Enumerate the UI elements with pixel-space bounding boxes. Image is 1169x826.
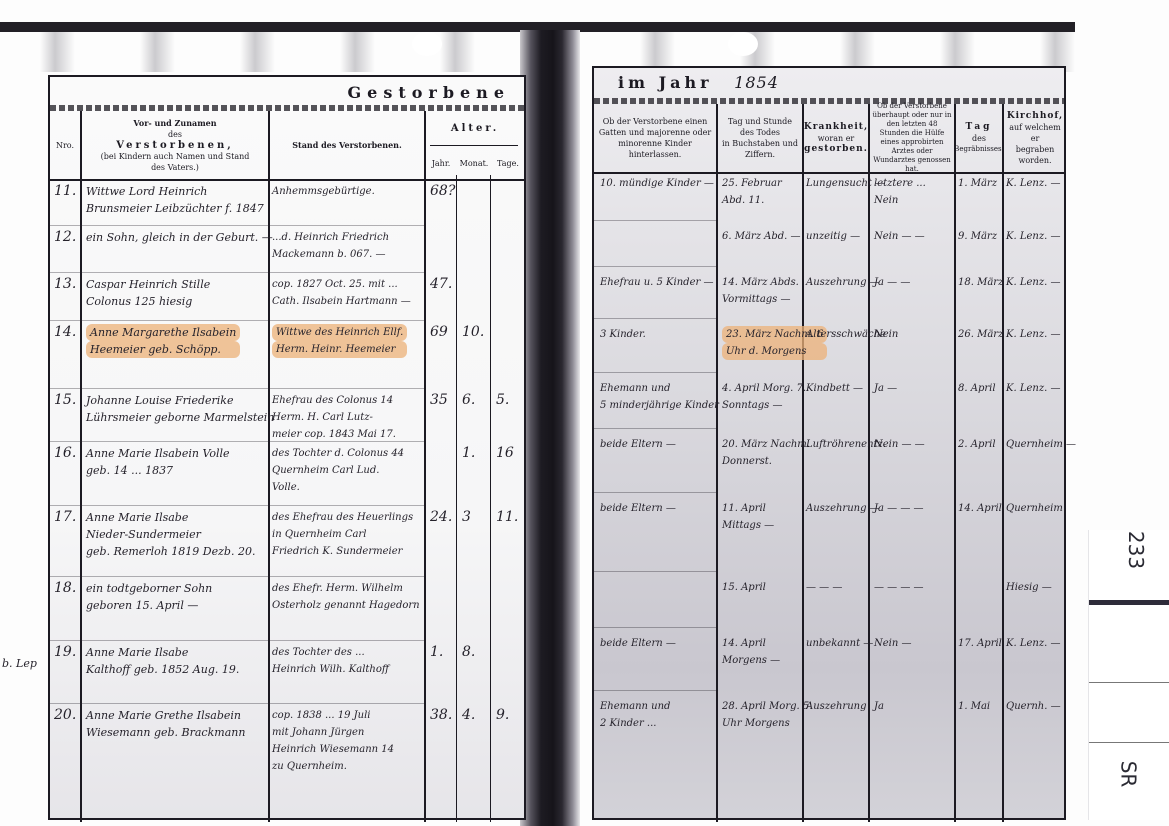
header-tag-stunde-l2: des Todes bbox=[740, 127, 780, 138]
survivors-line: Ehemann und bbox=[600, 698, 670, 715]
physician-attended: Nein — — bbox=[874, 228, 925, 245]
death-date-time-line: Uhr Morgens bbox=[722, 715, 809, 732]
entry-number: 16. bbox=[54, 445, 76, 462]
physician-attended-line: Nein — — bbox=[874, 228, 925, 245]
right-page-table: im Jahr 1854 Ob der Verstorbene einen Ga… bbox=[592, 66, 1066, 820]
archive-index-tab: 233 SR bbox=[1088, 530, 1169, 820]
deceased-status: cop. 1827 Oct. 25. mit ...Cath. Ilsabein… bbox=[272, 276, 411, 310]
survivors-line: 2 Kinder ... bbox=[600, 715, 670, 732]
burial-date: 17. April bbox=[958, 635, 1002, 652]
cause-of-death: Auszehrung — bbox=[806, 500, 880, 517]
age-months: 8. bbox=[462, 644, 475, 661]
survivors: Ehemann und2 Kinder ... bbox=[600, 698, 670, 732]
scanned-register-spread: Gestorbene Nro. Vor- und Zunamen des Ver… bbox=[0, 0, 1169, 826]
header-jahr: Jahr. bbox=[426, 147, 456, 179]
age-days: 5. bbox=[496, 392, 509, 409]
burial-date: 14. April bbox=[958, 500, 1002, 517]
left-page-title: Gestorbene bbox=[347, 83, 510, 102]
survivors-line: 3 Kinder. bbox=[600, 326, 646, 343]
burial-date: 18. März bbox=[958, 274, 1003, 291]
deceased-status-line: Anhemmsgebürtige. bbox=[272, 183, 375, 200]
row-separator bbox=[50, 576, 424, 577]
header-tag-stunde-l3: in Buchstaben und Ziffern. bbox=[718, 138, 802, 160]
column-rule bbox=[1002, 104, 1004, 822]
survivors: 3 Kinder. bbox=[600, 326, 646, 343]
deceased-name: ein Sohn, gleich in der Geburt. — bbox=[86, 229, 273, 246]
deceased-name-line: Heemeier geb. Schöpp. bbox=[86, 341, 240, 358]
death-date-time-line: 28. April Morg. 5 bbox=[722, 698, 809, 715]
right-page-title: im Jahr 1854 bbox=[618, 73, 779, 92]
death-date-time: 6. März Abd. — bbox=[722, 228, 801, 245]
survivors-line: beide Eltern — bbox=[600, 500, 676, 517]
deceased-status-line: Volle. bbox=[272, 479, 404, 496]
header-kirchhof-l3: er bbox=[1031, 133, 1040, 144]
row-separator bbox=[594, 492, 716, 493]
physician-attended: Ja — — bbox=[874, 274, 910, 291]
header-tage: Tage. bbox=[492, 147, 524, 179]
header-monat: Monat. bbox=[458, 147, 490, 179]
age-months: 10. bbox=[462, 324, 484, 341]
physician-attended: letztere ...Nein bbox=[874, 175, 926, 209]
row-separator bbox=[594, 428, 716, 429]
column-rule bbox=[456, 175, 457, 822]
death-date-time-line: Uhr d. Morgens bbox=[722, 343, 827, 360]
survivors: beide Eltern — bbox=[600, 436, 676, 453]
death-date-time: 15. April bbox=[722, 579, 766, 596]
deceased-name-line: Caspar Heinrich Stille bbox=[86, 276, 210, 293]
header-name-line4: (bei Kindern auch Namen und Stand des Va… bbox=[95, 151, 255, 173]
header-kirchhof-l1: Kirchhof, bbox=[1007, 111, 1063, 122]
cemetery: Quernheim bbox=[1006, 500, 1063, 517]
deceased-name: Anne Margarethe IlsabeinHeemeier geb. Sc… bbox=[86, 324, 240, 358]
deceased-name-line: ein todtgeborner Sohn bbox=[86, 580, 212, 597]
age-days: 16 bbox=[496, 445, 514, 462]
survivors: Ehefrau u. 5 Kinder — bbox=[600, 274, 713, 291]
deceased-name: Anne Marie Grethe IlsabeinWiesemann geb.… bbox=[86, 707, 245, 741]
title-prefix: im Jahr bbox=[618, 73, 713, 92]
cemetery: K. Lenz. — bbox=[1006, 274, 1060, 291]
entry-number: 11. bbox=[54, 183, 76, 200]
deceased-name-line: Wiesemann geb. Brackmann bbox=[86, 724, 245, 741]
header-divider bbox=[50, 179, 524, 181]
age-years: 1. bbox=[430, 644, 443, 661]
deceased-status-line: Quernheim Carl Lud. bbox=[272, 462, 404, 479]
header-hinterlassen: Ob der Verstorbene einen Gatten und majo… bbox=[594, 104, 716, 172]
column-rule bbox=[268, 111, 270, 822]
cemetery: Hiesig — bbox=[1006, 579, 1052, 596]
header-monat-label: Monat. bbox=[460, 158, 489, 169]
page-number: 233 bbox=[1124, 531, 1148, 569]
physician-attended: Nein — bbox=[874, 635, 912, 652]
deceased-name-line: Colonus 125 hiesig bbox=[86, 293, 210, 310]
deceased-status-line: Friedrich K. Sundermeier bbox=[272, 543, 413, 560]
deceased-name-line: Anne Marie Ilsabe bbox=[86, 644, 239, 661]
punch-hole bbox=[728, 32, 758, 56]
age-years: 38. bbox=[430, 707, 452, 724]
deceased-status-line: Heinrich Wilh. Kalthoff bbox=[272, 661, 389, 678]
deceased-status-line: Wittwe des Heinrich Ellf. bbox=[272, 324, 407, 341]
survivors-line: beide Eltern — bbox=[600, 635, 676, 652]
cemetery: Quernheim — bbox=[1006, 436, 1076, 453]
deceased-status-line: Cath. Ilsabein Hartmann — bbox=[272, 293, 411, 310]
death-date-time: 14. März Abds.Vormittags — bbox=[722, 274, 799, 308]
burial-date: 8. April bbox=[958, 380, 996, 397]
entry-number: 19. bbox=[54, 644, 76, 661]
death-date-time: 14. AprilMorgens — bbox=[722, 635, 780, 669]
header-begraebnis-l1: Tag bbox=[966, 122, 993, 133]
entry-number: 18. bbox=[54, 580, 76, 597]
burial-date: 1. März bbox=[958, 175, 997, 192]
deceased-name-line: Anne Marie Ilsabein Volle bbox=[86, 445, 230, 462]
entry-number: 12. bbox=[54, 229, 76, 246]
header-begraebnis-l3: Begräbnisses. bbox=[954, 144, 1004, 155]
death-date-time: 25. FebruarAbd. 11. bbox=[722, 175, 782, 209]
deceased-name-line: geb. Remerloh 1819 Dezb. 20. bbox=[86, 543, 255, 560]
deceased-status-line: Herm. Heinr. Heemeier bbox=[272, 341, 407, 358]
deceased-status-line: des Tochter d. Colonus 44 bbox=[272, 445, 404, 462]
survivors-line: 5 minderjährige Kinder bbox=[600, 397, 719, 414]
deceased-status-line: mit Johann Jürgen bbox=[272, 724, 394, 741]
cause-of-death-line: — — — bbox=[806, 579, 842, 596]
physician-attended-line: Ja bbox=[874, 698, 884, 715]
cause-of-death: — — — bbox=[806, 579, 842, 596]
header-stand: Stand des Verstorbenen. bbox=[270, 111, 424, 179]
margin-note: b. Lep bbox=[2, 657, 37, 670]
physician-attended-line: letztere ... bbox=[874, 175, 926, 192]
physician-attended-line: Ja — bbox=[874, 380, 897, 397]
tab-divider bbox=[1089, 742, 1169, 743]
burial-date: 26. März bbox=[958, 326, 1003, 343]
deceased-status-line: des Ehefrau des Heuerlings bbox=[272, 509, 413, 526]
deceased-status: Anhemmsgebürtige. bbox=[272, 183, 375, 200]
header-hinterlassen-label: Ob der Verstorbene einen Gatten und majo… bbox=[598, 116, 712, 160]
cause-of-death-line: unbekannt — bbox=[806, 635, 873, 652]
entry-number: 17. bbox=[54, 509, 76, 526]
row-separator bbox=[594, 266, 716, 267]
deceased-status: des Tochter des ...Heinrich Wilh. Kaltho… bbox=[272, 644, 389, 678]
header-arzt-label: Ob der Verstorbene überhaupt oder nur in… bbox=[872, 102, 952, 174]
header-alter: Alter. bbox=[426, 111, 524, 145]
header-nro: Nro. bbox=[50, 111, 80, 179]
death-date-time-line: 14. März Abds. bbox=[722, 274, 799, 291]
entry-number: 20. bbox=[54, 707, 76, 724]
row-separator bbox=[50, 225, 424, 226]
header-divider bbox=[594, 172, 1064, 174]
column-rule bbox=[716, 104, 718, 822]
physician-attended-line: Nein — — bbox=[874, 436, 925, 453]
deceased-name: Anne Marie Ilsabein Vollegeb. 14 ... 183… bbox=[86, 445, 230, 479]
row-separator bbox=[50, 320, 424, 321]
age-days: 9. bbox=[496, 707, 509, 724]
header-name-line3: Verstorbenen, bbox=[116, 140, 233, 151]
column-rule bbox=[868, 104, 870, 822]
tab-divider bbox=[1089, 682, 1169, 683]
header-name-line1: Vor- und Zunamen bbox=[133, 118, 216, 129]
physician-attended-line: Ja — — bbox=[874, 274, 910, 291]
header-arzt: Ob der Verstorbene überhaupt oder nur in… bbox=[870, 104, 954, 172]
row-separator bbox=[594, 372, 716, 373]
deceased-status-line: Heinrich Wiesemann 14 bbox=[272, 741, 394, 758]
cause-of-death-line: Auszehrung bbox=[806, 698, 866, 715]
death-date-time-line: 25. Februar bbox=[722, 175, 782, 192]
death-date-time-line: Mittags — bbox=[722, 517, 774, 534]
physician-attended: Nein — — bbox=[874, 436, 925, 453]
header-kirchhof-l4: begraben worden. bbox=[1004, 144, 1066, 166]
death-date-time-line: 6. März Abd. — bbox=[722, 228, 801, 245]
header-begraebnis-l2: des bbox=[972, 133, 986, 144]
death-date-time-line: Sonntags — bbox=[722, 397, 806, 414]
cause-of-death: Auszehrung bbox=[806, 698, 866, 715]
physician-attended-line: Nein — bbox=[874, 635, 912, 652]
death-date-time-line: 4. April Morg. 7. bbox=[722, 380, 806, 397]
cemetery: K. Lenz. — bbox=[1006, 380, 1060, 397]
deceased-name-line: geb. 14 ... 1837 bbox=[86, 462, 230, 479]
age-years: 47. bbox=[430, 276, 452, 293]
death-date-time-line: Abd. 11. bbox=[722, 192, 782, 209]
cause-of-death: Kindbett — bbox=[806, 380, 863, 397]
deceased-name-line: Anne Marie Ilsabe bbox=[86, 509, 255, 526]
entry-number: 13. bbox=[54, 276, 76, 293]
header-begraebnis: Tag des Begräbnisses. bbox=[956, 104, 1002, 172]
row-separator bbox=[594, 220, 716, 221]
header-tage-label: Tage. bbox=[497, 158, 519, 169]
cemetery: K. Lenz. — bbox=[1006, 326, 1060, 343]
header-tag-stunde-l1: Tag und Stunde bbox=[728, 116, 792, 127]
header-krankheit: Krankheit, woran er gestorben. bbox=[804, 104, 868, 172]
deceased-name: Wittwe Lord HeinrichBrunsmeier Leibzücht… bbox=[86, 183, 264, 217]
physician-attended: — — — — bbox=[874, 579, 924, 596]
row-separator bbox=[50, 441, 424, 442]
cemetery: K. Lenz. — bbox=[1006, 175, 1060, 192]
row-separator bbox=[594, 627, 716, 628]
header-tag-stunde: Tag und Stunde des Todes in Buchstaben u… bbox=[718, 104, 802, 172]
death-date-time-line: 11. April bbox=[722, 500, 774, 517]
physician-attended-line: — — — — bbox=[874, 579, 924, 596]
header-alter-label: Alter. bbox=[451, 123, 499, 134]
death-date-time-line: Donnerst. bbox=[722, 453, 810, 470]
header-name-line2: des bbox=[168, 129, 182, 140]
header-krankheit-l3: gestorben. bbox=[804, 144, 868, 155]
row-separator bbox=[50, 272, 424, 273]
physician-attended: Ja bbox=[874, 698, 884, 715]
header-stand-label: Stand des Verstorbenen. bbox=[292, 140, 402, 151]
age-months: 6. bbox=[462, 392, 475, 409]
deceased-status-line: zu Quernheim. bbox=[272, 758, 394, 775]
deceased-status-line: Osterholz genannt Hagedorn bbox=[272, 597, 420, 614]
deceased-status-line: Mackemann b. 067. — bbox=[272, 246, 389, 263]
header-nro-label: Nro. bbox=[56, 140, 74, 151]
age-years: 69 bbox=[430, 324, 448, 341]
age-days: 11. bbox=[496, 509, 518, 526]
deceased-name-line: Brunsmeier Leibzüchter f. 1847 bbox=[86, 200, 264, 217]
header-kirchhof-l2: auf welchem bbox=[1009, 122, 1061, 133]
death-date-time-line: Morgens — bbox=[722, 652, 780, 669]
deceased-name: ein todtgeborner Sohngeboren 15. April — bbox=[86, 580, 212, 614]
deceased-status: des Tochter d. Colonus 44Quernheim Carl … bbox=[272, 445, 404, 496]
death-date-time-line: 15. April bbox=[722, 579, 766, 596]
book-spine-shadow bbox=[520, 30, 580, 826]
row-separator bbox=[50, 640, 424, 641]
cemetery: Quernh. — bbox=[1006, 698, 1061, 715]
deceased-name-line: Anne Marie Grethe Ilsabein bbox=[86, 707, 245, 724]
row-separator bbox=[50, 388, 424, 389]
burial-date: 1. Mai bbox=[958, 698, 990, 715]
deceased-name-line: ein Sohn, gleich in der Geburt. — bbox=[86, 229, 273, 246]
deceased-status-line: ...d. Heinrich Friedrich bbox=[272, 229, 389, 246]
cause-of-death-line: unzeitig — bbox=[806, 228, 860, 245]
left-page-table: Gestorbene Nro. Vor- und Zunamen des Ver… bbox=[48, 75, 526, 820]
physician-attended: Ja — — — bbox=[874, 500, 924, 517]
survivors: Ehemann und5 minderjährige Kinder bbox=[600, 380, 719, 414]
deceased-status-line: Herm. H. Carl Lutz- bbox=[272, 409, 396, 426]
cause-of-death-line: Auszehrung — bbox=[806, 500, 880, 517]
cause-of-death-line: Kindbett — bbox=[806, 380, 863, 397]
physician-attended-line: Nein bbox=[874, 192, 926, 209]
deceased-status-line: cop. 1838 ... 19 Juli bbox=[272, 707, 394, 724]
cause-of-death: Auszehrung — bbox=[806, 274, 880, 291]
column-rule bbox=[424, 111, 426, 822]
physician-attended: Ja — bbox=[874, 380, 897, 397]
survivors-line: Ehefrau u. 5 Kinder — bbox=[600, 274, 713, 291]
deceased-name: Caspar Heinrich StilleColonus 125 hiesig bbox=[86, 276, 210, 310]
cemetery: K. Lenz. — bbox=[1006, 228, 1060, 245]
cause-of-death: unzeitig — bbox=[806, 228, 860, 245]
row-separator bbox=[50, 703, 424, 704]
deceased-status-line: des Ehefr. Herm. Wilhelm bbox=[272, 580, 420, 597]
physician-attended: Nein bbox=[874, 326, 898, 343]
tab-divider bbox=[1089, 600, 1169, 605]
header-name: Vor- und Zunamen des Verstorbenen, (bei … bbox=[82, 111, 268, 179]
register-year: 1854 bbox=[734, 73, 779, 92]
deceased-name: Anne Marie IlsabeKalthoff geb. 1852 Aug.… bbox=[86, 644, 239, 678]
physician-attended-line: Ja — — — bbox=[874, 500, 924, 517]
deceased-status: des Ehefrau des Heuerlingsin Quernheim C… bbox=[272, 509, 413, 560]
deceased-status: Wittwe des Heinrich Ellf.Herm. Heinr. He… bbox=[272, 324, 407, 358]
row-separator bbox=[594, 690, 716, 691]
age-months: 1. bbox=[462, 445, 475, 462]
deceased-status-line: cop. 1827 Oct. 25. mit ... bbox=[272, 276, 411, 293]
header-jahr-label: Jahr. bbox=[432, 158, 451, 169]
death-date-time-line: Vormittags — bbox=[722, 291, 799, 308]
entry-number: 14. bbox=[54, 324, 76, 341]
deceased-name-line: Kalthoff geb. 1852 Aug. 19. bbox=[86, 661, 239, 678]
row-separator bbox=[50, 505, 424, 506]
survivors: 10. mündige Kinder — bbox=[600, 175, 714, 192]
deceased-name-line: Anne Margarethe Ilsabein bbox=[86, 324, 240, 341]
deceased-status-line: in Quernheim Carl bbox=[272, 526, 413, 543]
entry-number: 15. bbox=[54, 392, 76, 409]
deceased-status-line: Ehefrau des Colonus 14 bbox=[272, 392, 396, 409]
deceased-name-line: Johanne Louise Friederike bbox=[86, 392, 274, 409]
death-date-time: 28. April Morg. 5Uhr Morgens bbox=[722, 698, 809, 732]
column-rule bbox=[954, 104, 956, 822]
deceased-status-line: des Tochter des ... bbox=[272, 644, 389, 661]
deceased-status: Ehefrau des Colonus 14Herm. H. Carl Lutz… bbox=[272, 392, 396, 443]
archivist-initials: SR bbox=[1116, 761, 1140, 788]
cause-of-death-line: Auszehrung — bbox=[806, 274, 880, 291]
header-krankheit-l2: woran er bbox=[818, 133, 855, 144]
row-separator bbox=[594, 571, 716, 572]
death-date-time-line: 20. März Nachm. bbox=[722, 436, 810, 453]
survivors: beide Eltern — bbox=[600, 635, 676, 652]
cemetery: K. Lenz. — bbox=[1006, 635, 1060, 652]
row-separator bbox=[594, 318, 716, 319]
deceased-name-line: Lührsmeier geborne Marmelstein bbox=[86, 409, 274, 426]
column-rule bbox=[490, 175, 491, 822]
survivors-line: beide Eltern — bbox=[600, 436, 676, 453]
column-rule bbox=[80, 111, 82, 822]
survivors-line: Ehemann und bbox=[600, 380, 719, 397]
cause-of-death: unbekannt — bbox=[806, 635, 873, 652]
age-months: 3 bbox=[462, 509, 471, 526]
death-date-time-line: 14. April bbox=[722, 635, 780, 652]
header-krankheit-l1: Krankheit, bbox=[804, 122, 868, 133]
deceased-name-line: Wittwe Lord Heinrich bbox=[86, 183, 264, 200]
deceased-name: Johanne Louise FriederikeLührsmeier gebo… bbox=[86, 392, 274, 426]
punch-hole bbox=[412, 32, 442, 56]
age-years: 35 bbox=[430, 392, 448, 409]
deceased-status: des Ehefr. Herm. WilhelmOsterholz genann… bbox=[272, 580, 420, 614]
burial-date: 2. April bbox=[958, 436, 996, 453]
death-date-time: 11. AprilMittags — bbox=[722, 500, 774, 534]
deceased-status: cop. 1838 ... 19 Julimit Johann JürgenHe… bbox=[272, 707, 394, 775]
death-date-time: 4. April Morg. 7.Sonntags — bbox=[722, 380, 806, 414]
alter-rule bbox=[430, 145, 518, 146]
deceased-status: ...d. Heinrich FriedrichMackemann b. 067… bbox=[272, 229, 389, 263]
death-date-time: 20. März Nachm.Donnerst. bbox=[722, 436, 810, 470]
age-months: 4. bbox=[462, 707, 475, 724]
survivors-line: 10. mündige Kinder — bbox=[600, 175, 714, 192]
header-kirchhof: Kirchhof, auf welchem er begraben worden… bbox=[1004, 104, 1066, 172]
burial-date: 9. März bbox=[958, 228, 997, 245]
age-years: 24. bbox=[430, 509, 452, 526]
physician-attended-line: Nein bbox=[874, 326, 898, 343]
deceased-name-line: geboren 15. April — bbox=[86, 597, 212, 614]
deceased-name-line: Nieder-Sundermeier bbox=[86, 526, 255, 543]
survivors: beide Eltern — bbox=[600, 500, 676, 517]
age-years: 68? bbox=[430, 183, 455, 200]
deceased-name: Anne Marie IlsabeNieder-Sundermeiergeb. … bbox=[86, 509, 255, 560]
